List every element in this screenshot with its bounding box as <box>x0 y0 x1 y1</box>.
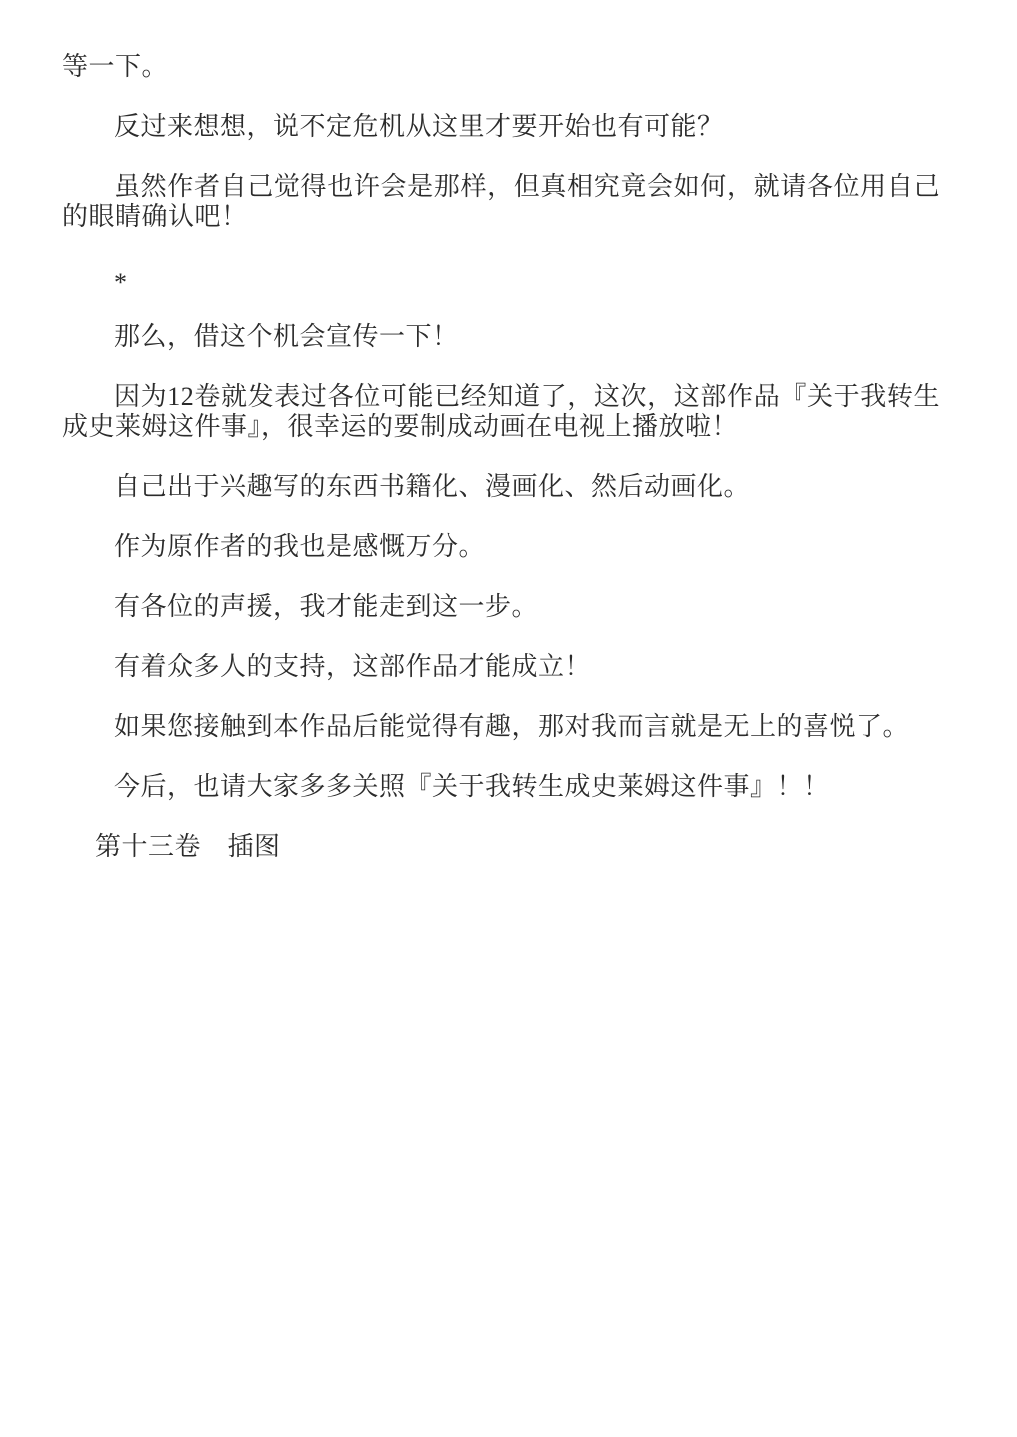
afterword-text-block: 等一下。 反过来想想，说不定危机从这里才要开始也有可能？ 虽然作者自己觉得也许会… <box>0 0 1017 862</box>
paragraph: 有着众多人的支持，这部作品才能成立！ <box>62 652 940 682</box>
paragraph: 自己出于兴趣写的东西书籍化、漫画化、然后动画化。 <box>62 472 940 502</box>
paragraph: 反过来想想，说不定危机从这里才要开始也有可能？ <box>62 112 940 142</box>
paragraph: 如果您接触到本作品后能觉得有趣，那对我而言就是无上的喜悦了。 <box>62 712 940 742</box>
paragraph: 因为12卷就发表过各位可能已经知道了，这次，这部作品『关于我转生成史莱姆这件事』… <box>62 382 940 442</box>
document-page: 等一下。 反过来想想，说不定危机从这里才要开始也有可能？ 虽然作者自己觉得也许会… <box>0 0 1017 1437</box>
paragraph: 今后，也请大家多多关照『关于我转生成史莱姆这件事』！！ <box>62 772 940 802</box>
paragraph: 作为原作者的我也是感慨万分。 <box>62 532 940 562</box>
paragraph: 虽然作者自己觉得也许会是那样，但真相究竟会如何，就请各位用自己的眼睛确认吧！ <box>62 172 940 232</box>
chapter-illustrations-heading: 第十三卷 插图 <box>62 832 940 862</box>
paragraph: 有各位的声援，我才能走到这一步。 <box>62 592 940 622</box>
paragraph: 等一下。 <box>62 52 940 82</box>
section-separator-asterisk: * <box>62 262 940 298</box>
paragraph: 那么，借这个机会宣传一下！ <box>62 322 940 352</box>
